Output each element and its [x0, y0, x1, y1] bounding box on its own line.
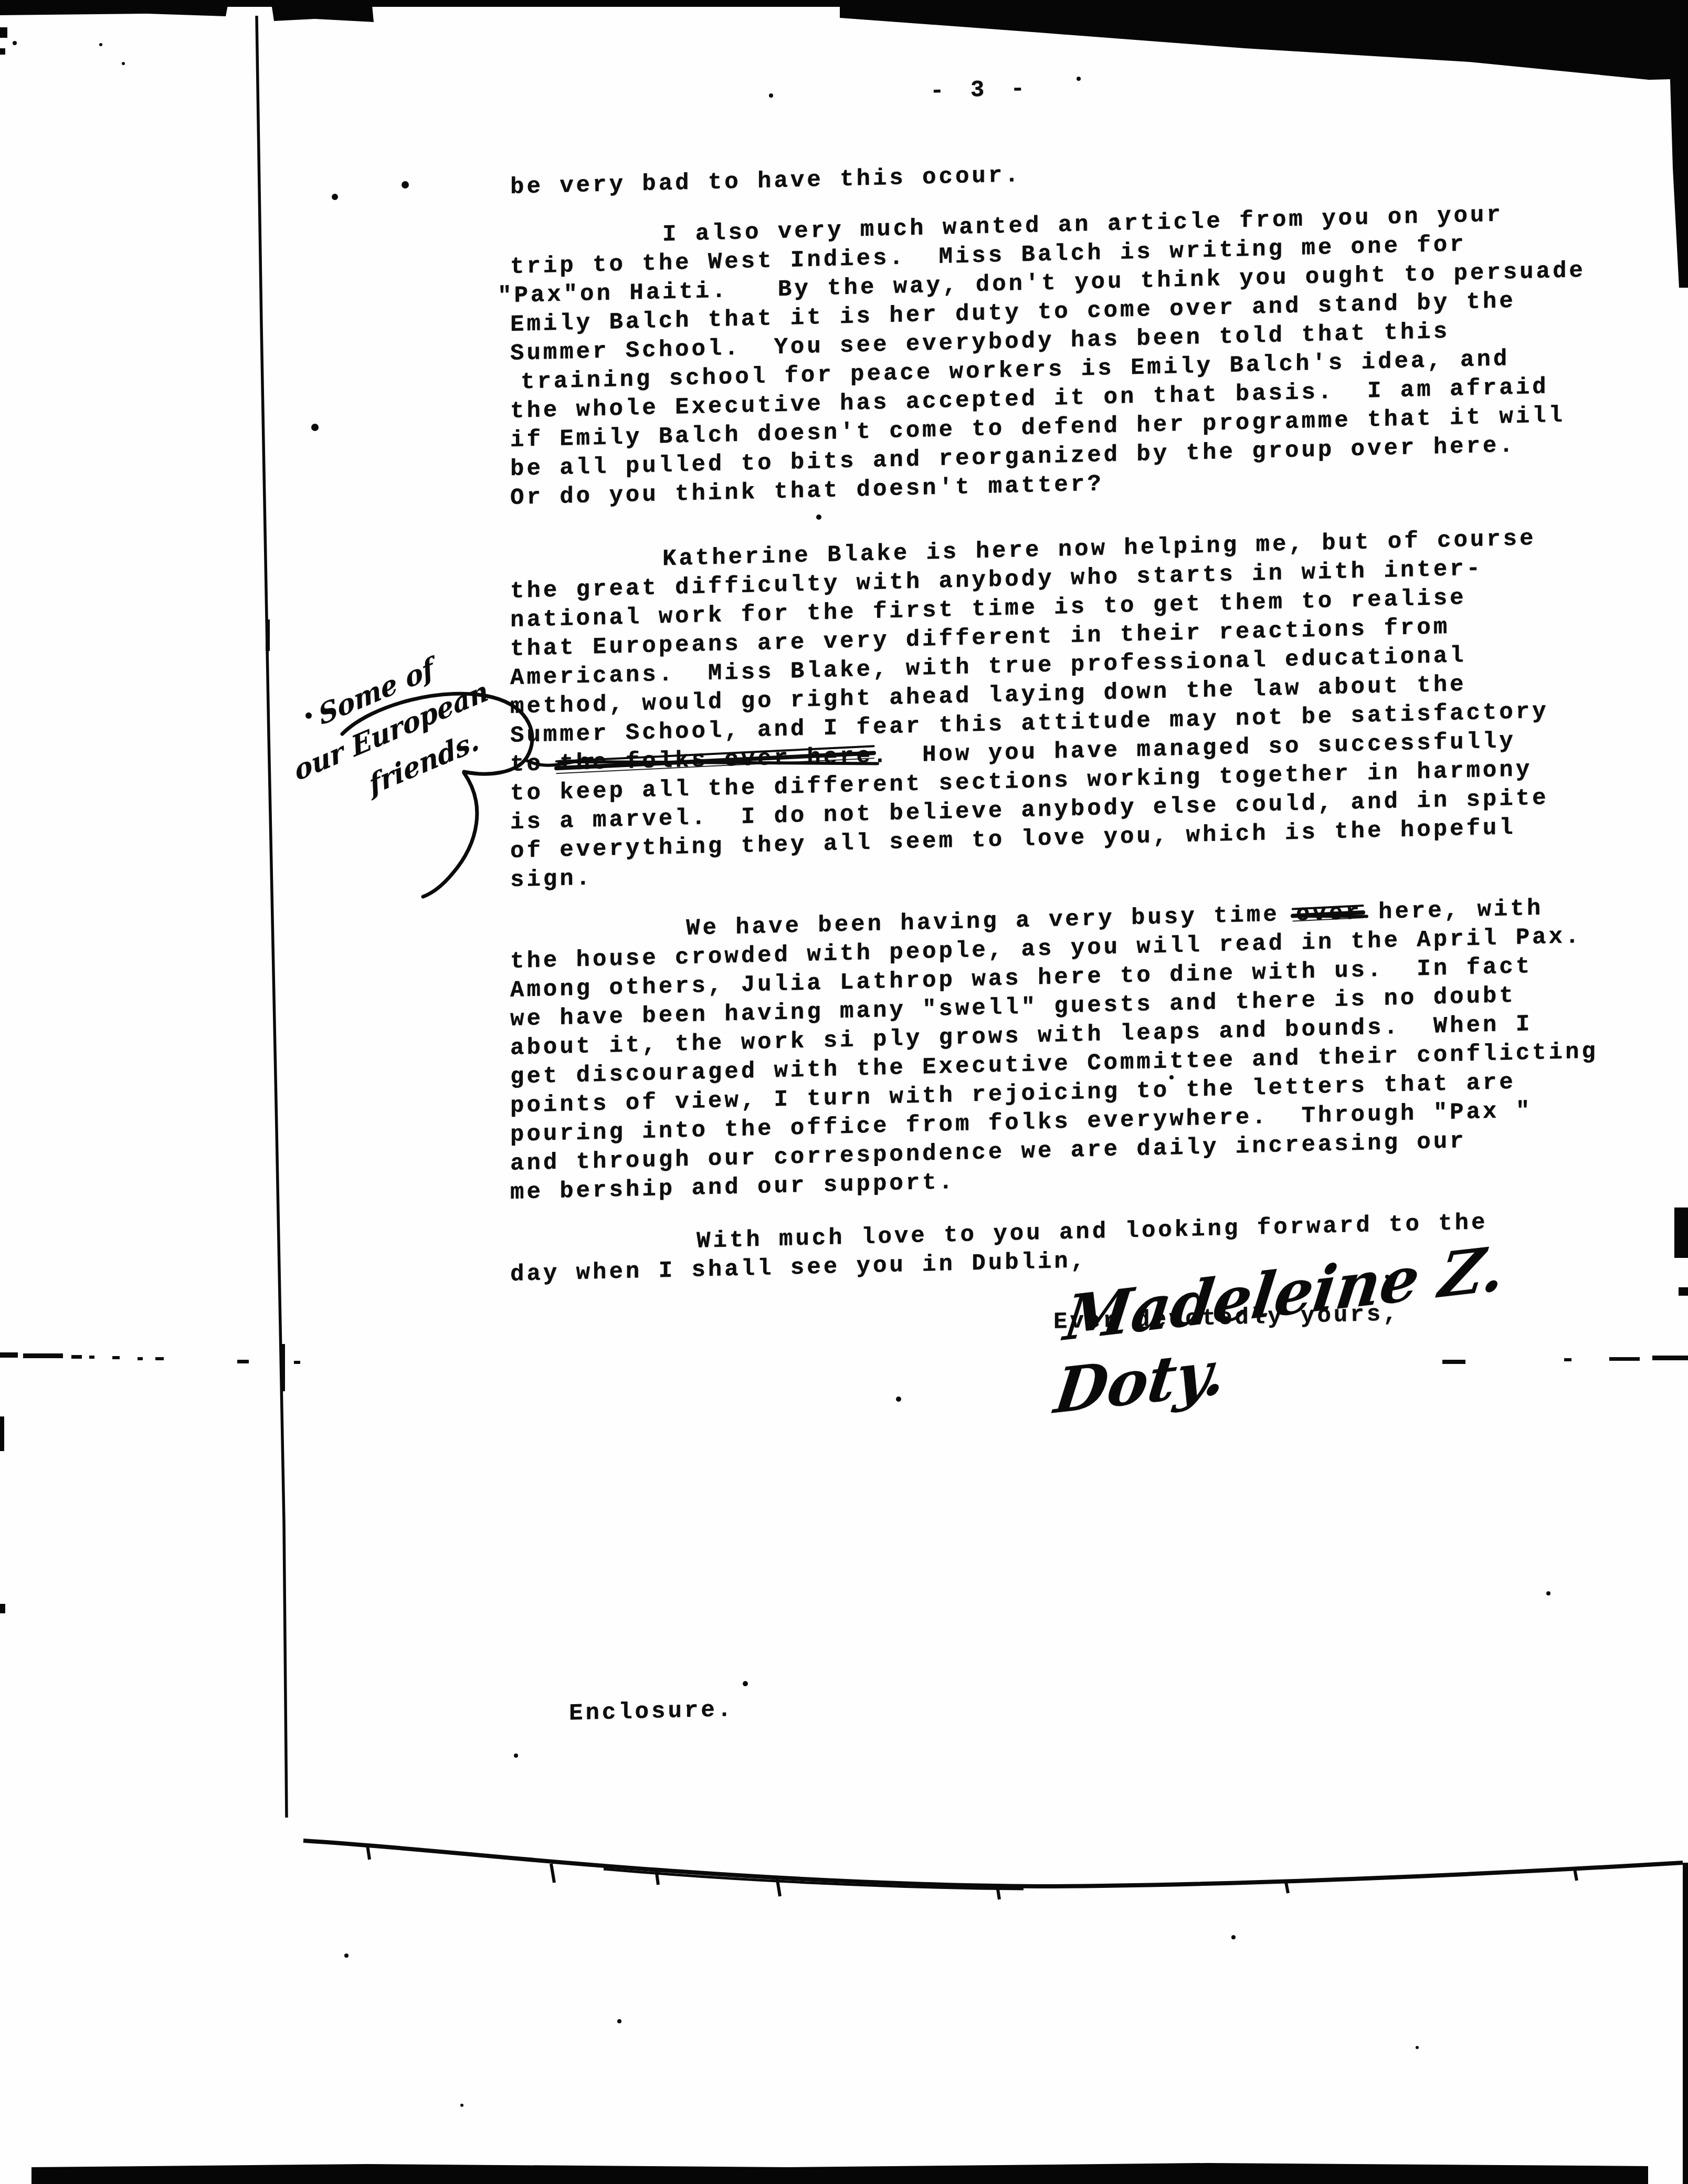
bottom-scan-band [31, 2163, 1648, 2184]
fold-line-blob [266, 619, 270, 651]
letter-paragraph: I also very much wanted an article from … [510, 199, 1586, 513]
letter-line: be very bad to have this ocour. [510, 161, 1021, 202]
letter-text-segment: sign. [510, 865, 593, 894]
bottom-page-edge [303, 1841, 1683, 1886]
letter-text-segment: day when I shall see you in Dublin, [510, 1248, 1087, 1288]
right-edge-marks [1674, 1207, 1688, 2184]
letter-paragraph: be very bad to have this ocour. [510, 161, 1021, 202]
left-edge-marks [0, 27, 7, 1613]
right-edge-corner-strip [1670, 30, 1688, 288]
page-number: - 3 - [930, 76, 1031, 105]
top-left-corner-mark [0, 0, 229, 16]
letter-text-segment: be very bad to have this ocour. [510, 162, 1021, 201]
vertical-fold-line [257, 16, 287, 1818]
top-edge-bar [0, 0, 1688, 7]
letter-text-segment: to [510, 751, 560, 778]
bottom-edge-thickening [604, 1869, 1024, 1889]
fold-line-blob [280, 1344, 285, 1391]
handwritten-margin-note: Some of our European friends. [281, 628, 502, 834]
enclosure-label: Enclosure. [569, 1697, 734, 1727]
horizontal-fold-dashes-left [0, 1352, 300, 1364]
typed-letter-body: - 3 - be very bad to have this ocour.I a… [510, 145, 1688, 173]
scanned-letter-page: - 3 - be very bad to have this ocour.I a… [0, 0, 1688, 2184]
letter-text-segment: here, with [1362, 896, 1543, 926]
letter-paragraphs: be very bad to have this ocour.I also ve… [510, 145, 1688, 173]
bottom-edge-drips [367, 1845, 1577, 1899]
struck-out-text: over [1296, 899, 1362, 929]
top-right-corner-mark [840, 0, 1688, 80]
letter-paragraph: Katherine Blake is here now helping me, … [510, 524, 1548, 895]
top-edge-bump [271, 0, 374, 22]
letter-paragraph: We have been having a very busy time ove… [510, 893, 1598, 1207]
